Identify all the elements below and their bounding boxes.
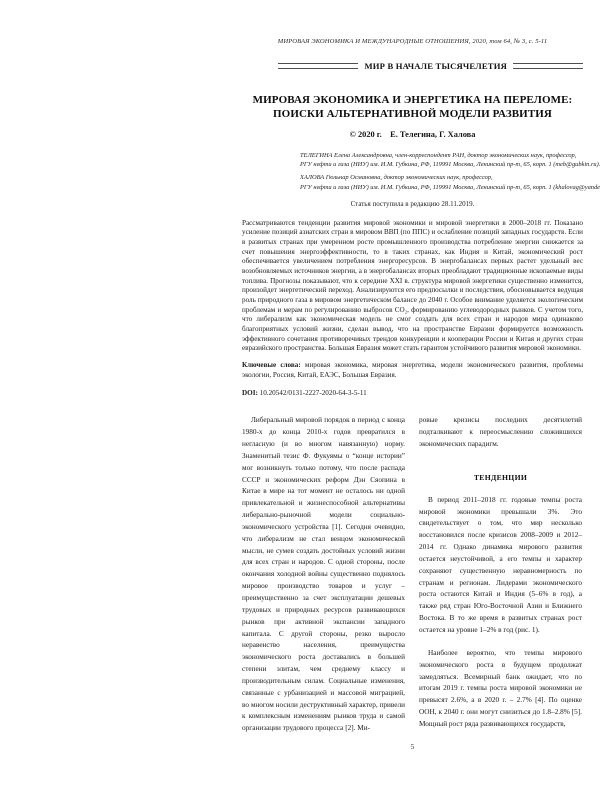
body-paragraph-continuation: ровые кризисы последних десятилетий подт… <box>419 415 582 451</box>
section-rubric-banner: МИР В НАЧАЛЕ ТЫСЯЧЕЛЕТИЯ <box>242 60 583 72</box>
rubric-rule-left <box>278 63 358 69</box>
body-paragraph: Наиболее вероятно, что темпы мирового эк… <box>419 648 582 731</box>
body-paragraph: В период 2011–2018 гг. годовые темпы рос… <box>419 495 582 637</box>
article-title: МИРОВАЯ ЭКОНОМИКА И ЭНЕРГЕТИКА НА ПЕРЕЛО… <box>242 94 583 121</box>
doi-value: 10.20542/0131-2227-2020-64-3-5-11 <box>258 389 367 397</box>
section-heading-tendencies: ТЕНДЕНЦИИ <box>419 472 582 484</box>
received-date-line: Статья поступила в редакцию 28.11.2019. <box>242 200 583 208</box>
affiliation-address-line: РГУ нефти и газа (НИУ) им. И.М. Губкина,… <box>300 183 583 192</box>
author-affiliations: ТЕЛЕГИНА Елена Александровна, член-корре… <box>300 151 583 192</box>
article-title-line1: МИРОВАЯ ЭКОНОМИКА И ЭНЕРГЕТИКА НА ПЕРЕЛО… <box>242 94 583 108</box>
body-paragraph: Либеральный мировой порядок в период с к… <box>242 415 405 735</box>
rubric-rule-right <box>513 63 583 69</box>
page-number: 5 <box>242 742 583 751</box>
two-column-body: Либеральный мировой порядок в период с к… <box>242 415 583 735</box>
affiliation-author-line: ХАЛОВА Гюльнар Османовна, доктор экономи… <box>300 173 583 182</box>
affiliation-author-line: ТЕЛЕГИНА Елена Александровна, член-корре… <box>300 151 583 160</box>
keywords-block: Ключевые слова: мировая экономика, миров… <box>242 361 583 380</box>
affiliation-telegina: ТЕЛЕГИНА Елена Александровна, член-корре… <box>300 151 583 169</box>
affiliation-address-line: РГУ нефти и газа (НИУ) им. И.М. Губкина,… <box>300 160 583 169</box>
page-content-area: МИРОВАЯ ЭКОНОМИКА И МЕЖДУНАРОДНЫЕ ОТНОШЕ… <box>242 38 583 735</box>
journal-citation-line: МИРОВАЯ ЭКОНОМИКА И МЕЖДУНАРОДНЫЕ ОТНОШЕ… <box>242 38 583 46</box>
keywords-label: Ключевые слова: <box>242 361 301 369</box>
abstract-text: Рассматриваются тенденции развития миров… <box>242 219 583 354</box>
doi-line: DOI: 10.20542/0131-2227-2020-64-3-5-11 <box>242 389 583 397</box>
scanned-paper-page: МИРОВАЯ ЭКОНОМИКА И МЕЖДУНАРОДНЫЕ ОТНОШЕ… <box>0 0 600 800</box>
rubric-title: МИР В НАЧАЛЕ ТЫСЯЧЕЛЕТИЯ <box>358 61 513 71</box>
body-left-column: Либеральный мировой порядок в период с к… <box>242 415 405 735</box>
body-right-column: ровые кризисы последних десятилетий подт… <box>419 415 582 735</box>
copyright-authors-byline: © 2020 г. Е. Телегина, Г. Халова <box>242 130 583 139</box>
article-title-line2: ПОИСКИ АЛЬТЕРНАТИВНОЙ МОДЕЛИ РАЗВИТИЯ <box>242 108 583 122</box>
affiliation-khalova: ХАЛОВА Гюльнар Османовна, доктор экономи… <box>300 173 583 191</box>
doi-label: DOI: <box>242 389 258 397</box>
